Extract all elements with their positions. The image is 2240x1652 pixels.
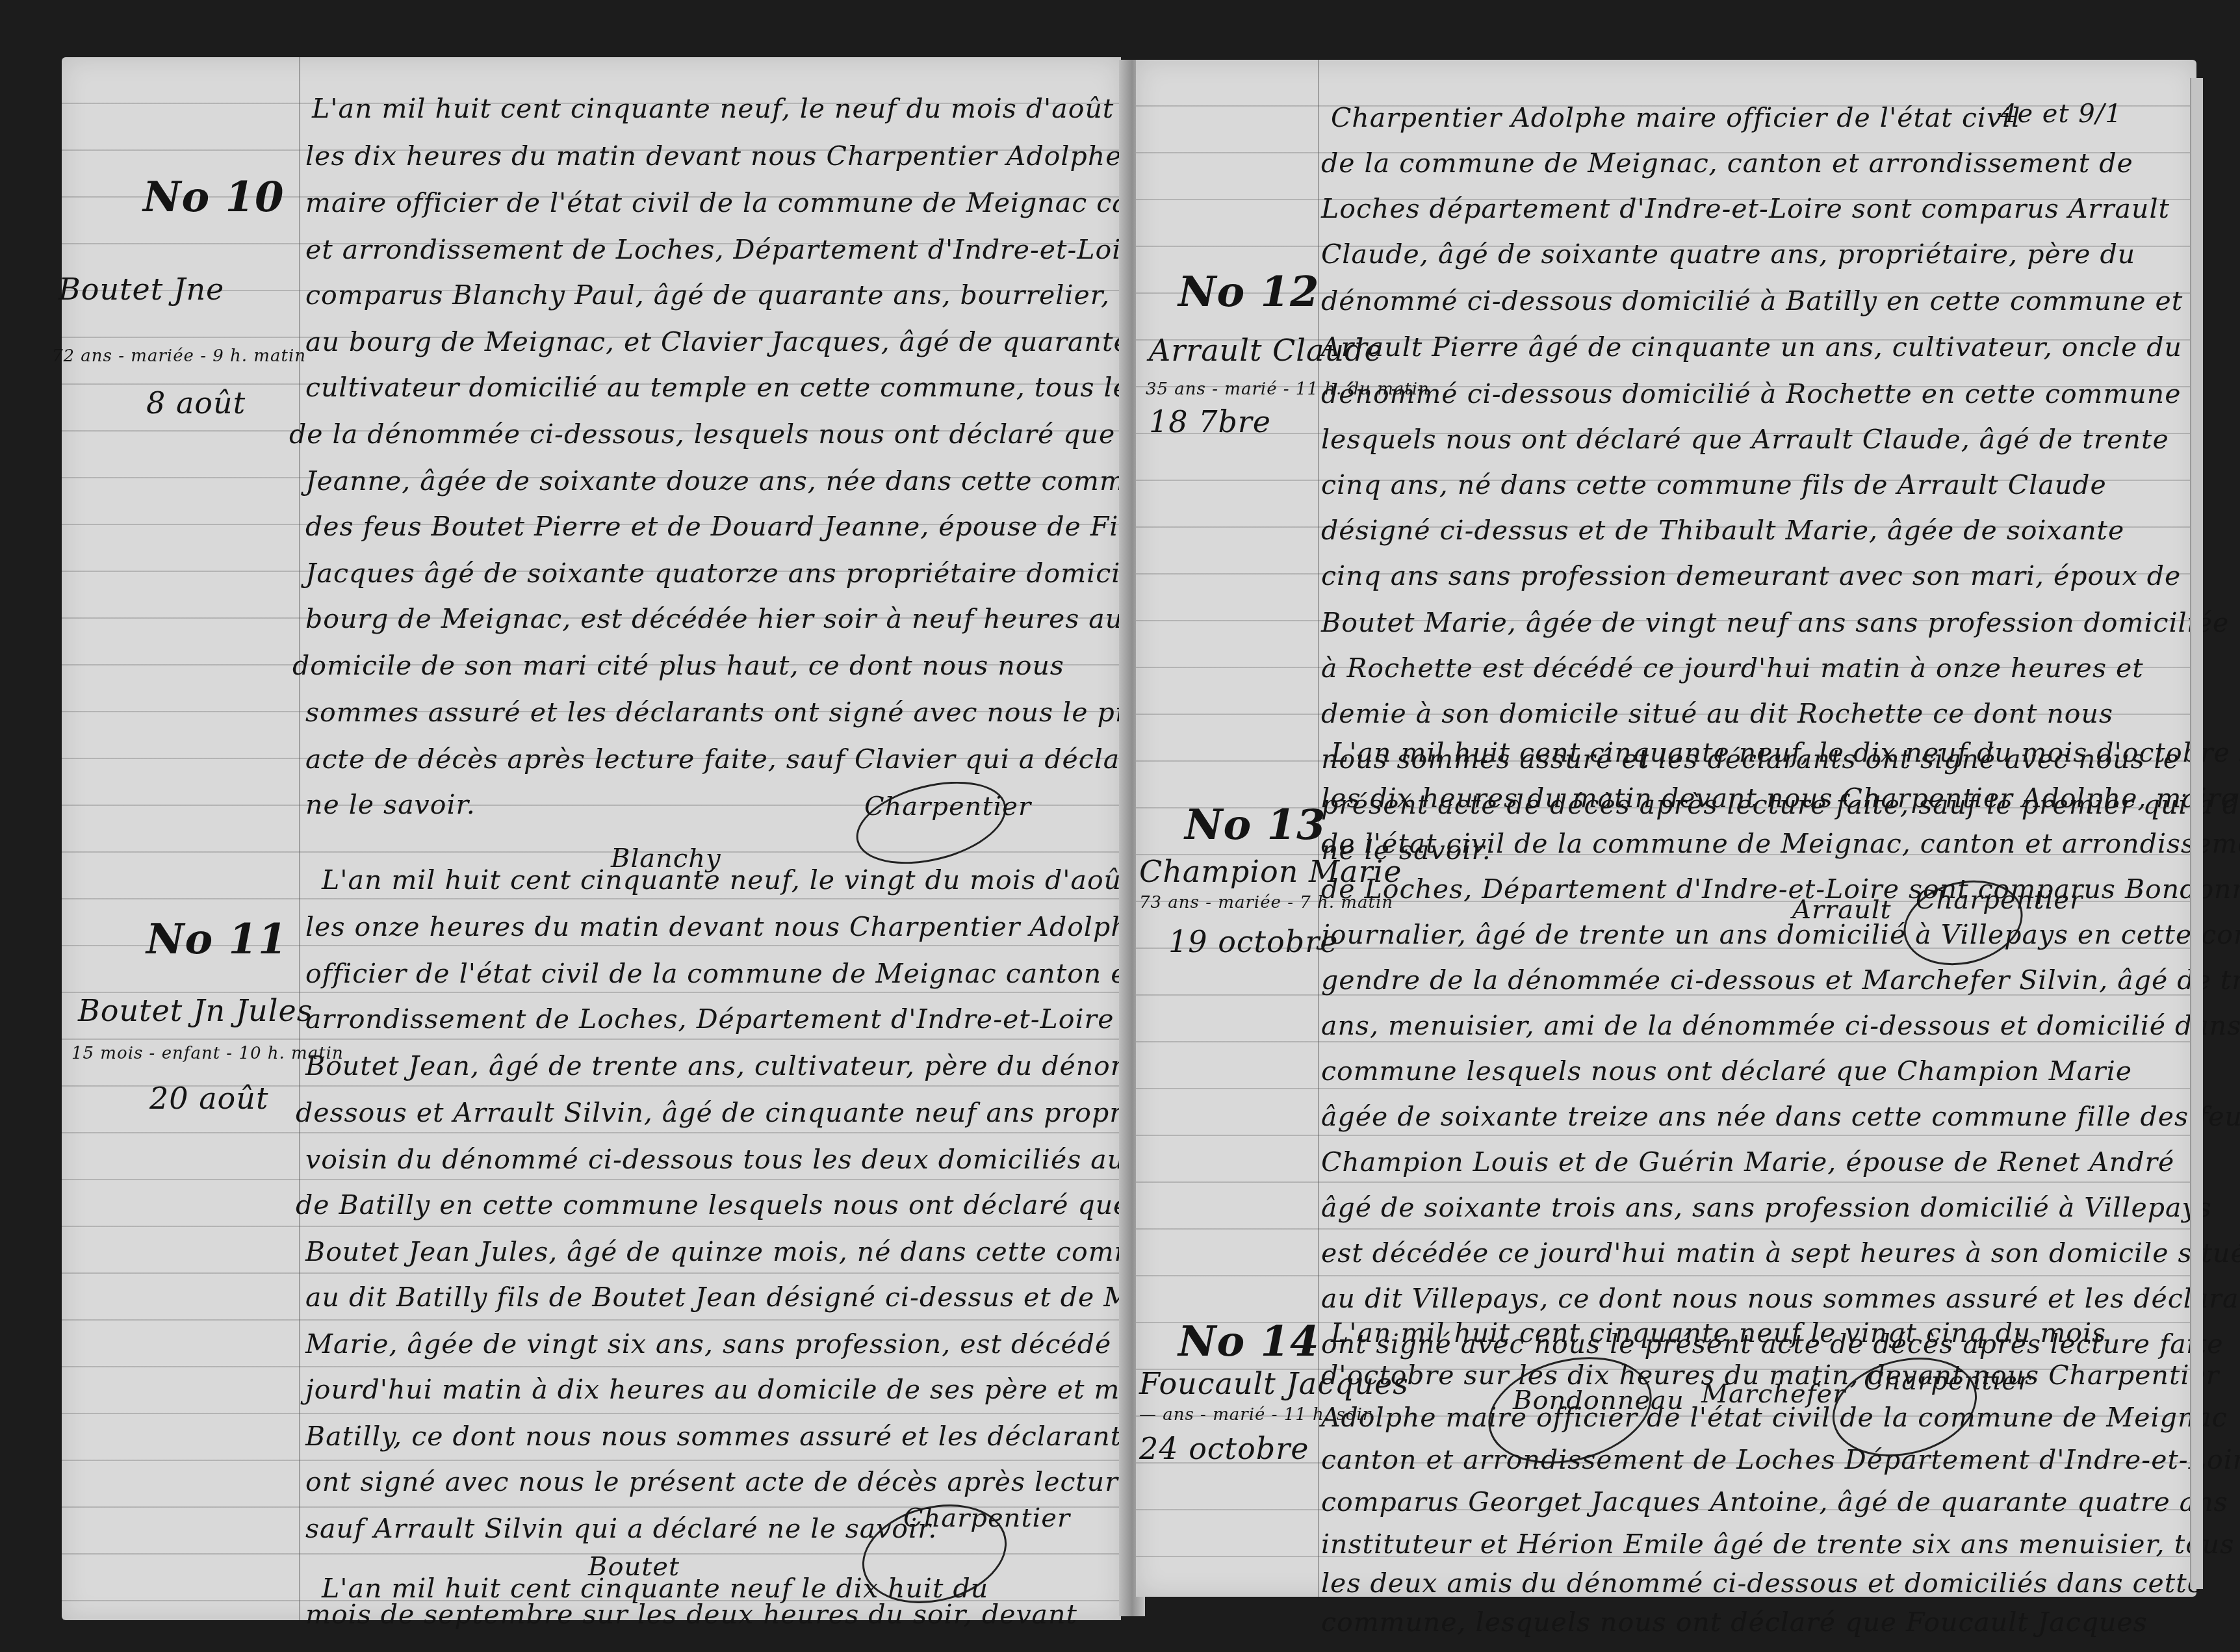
entry-date: 18 7bre <box>1149 404 1271 439</box>
text-line: de Batilly en cette commune lesquels nou… <box>296 1189 1129 1220</box>
text-line: Charpentier Adolphe maire officier de l'… <box>1331 102 2020 133</box>
text-line: ans, menuisier, ami de la dénommée ci-de… <box>1321 1010 2240 1041</box>
text-line: maire officier de l'état civil de la com… <box>305 187 1192 218</box>
text-line: lesquels nous ont déclaré que Arrault Cl… <box>1321 424 2169 455</box>
entry-date: 20 août <box>149 1081 268 1116</box>
text-line: d'octobre sur les dix heures du matin, d… <box>1321 1360 2219 1391</box>
entry-number: No 14 <box>1178 1317 1320 1366</box>
text-line: Boutet Jean Jules, âgé de quinze mois, n… <box>305 1236 1192 1267</box>
text-line: de la dénommée ci-dessous, lesquels nous… <box>289 419 1218 450</box>
text-line: âgée de soixante treize ans née dans cet… <box>1321 1101 2240 1132</box>
text-line: désigné ci-dessus et de Thibault Marie, … <box>1321 515 2124 546</box>
entry-date: 8 août <box>146 385 246 420</box>
entry-number: No 13 <box>1185 801 1326 849</box>
text-line: commune lesquels nous ont déclaré que Ch… <box>1321 1055 2132 1087</box>
text-line: Boutet Marie, âgée de vingt neuf ans san… <box>1321 607 2229 638</box>
text-line: les dix heures du matin devant nous Char… <box>305 140 1122 172</box>
text-line: cinq ans sans profession demeurant avec … <box>1321 560 2181 591</box>
text-line: les deux amis du dénommé ci-dessous et d… <box>1321 1568 2204 1599</box>
text-line: Loches département d'Indre-et-Loire sont… <box>1321 193 2170 224</box>
text-line: de l'état civil de la commune de Meignac… <box>1321 828 2240 859</box>
text-line: L'an mil huit cent cinquante neuf, le di… <box>1331 737 2240 768</box>
text-line: officier de l'état civil de la commune d… <box>305 958 1139 989</box>
text-line: cinq ans, né dans cette commune fils de … <box>1321 469 2107 500</box>
text-line: sommes assuré et les déclarants ont sign… <box>305 697 1205 728</box>
text-line: Adolphe maire officier de l'état civil d… <box>1321 1402 2228 1433</box>
text-line: canton et arrondissement de Loches Dépar… <box>1321 1444 2240 1475</box>
entry-name: Boutet Jn Jules <box>78 993 313 1028</box>
text-line: dénommé ci-dessous domicilié à Rochette … <box>1321 378 2181 409</box>
text-line: les onze heures du matin devant nous Cha… <box>305 911 1244 942</box>
text-line: sauf Arrault Silvin qui a déclaré ne le … <box>305 1513 937 1544</box>
text-line: domicile de son mari cité plus haut, ce … <box>292 650 1064 681</box>
signature-flourish <box>847 768 1014 878</box>
entry-info: 15 mois - enfant - 10 h. matin <box>71 1044 344 1063</box>
text-line: voisin du dénommé ci-dessous tous les de… <box>305 1144 1245 1175</box>
text-line: comparus Blanchy Paul, âgé de quarante a… <box>305 279 1248 311</box>
text-line: à Rochette est décédé ce jourd'hui matin… <box>1321 652 2144 684</box>
text-line: L'an mil huit cent cinquante neuf, le vi… <box>322 864 1188 896</box>
text-line: dessous et Arrault Silvin, âgé de cinqua… <box>296 1097 1215 1128</box>
entry-number: No 12 <box>1178 268 1320 316</box>
text-line: de la commune de Meignac, canton et arro… <box>1321 148 2133 179</box>
text-line: Boutet Jean, âgé de trente ans, cultivat… <box>305 1050 1222 1081</box>
entry-info: 72 ans - mariée - 9 h. matin <box>52 346 306 366</box>
text-line: acte de décès après lecture faite, sauf … <box>305 743 1150 775</box>
text-line: L'an mil huit cent cinquante neuf le vin… <box>1331 1317 2106 1349</box>
text-line: au dit Villepays, ce dont nous nous somm… <box>1321 1283 2240 1314</box>
signature-charpentier: Charpentier <box>864 792 1031 821</box>
text-line: L'an mil huit cent cinquante neuf, le ne… <box>312 93 1168 124</box>
text-line: ne le savoir. <box>305 789 476 820</box>
entry-date: 24 octobre <box>1139 1431 1309 1466</box>
entry-number: No 10 <box>143 173 285 222</box>
text-line: âgé de soixante trois ans, sans professi… <box>1321 1192 2212 1223</box>
text-line: Jacques âgé de soixante quatorze ans pro… <box>305 558 1199 589</box>
text-line: de Loches, Département d'Indre-et-Loire … <box>1321 873 2240 905</box>
text-line: Batilly, ce dont nous nous sommes assuré… <box>305 1421 1136 1452</box>
text-line: journalier, âgé de trente un ans domicil… <box>1321 919 2240 950</box>
entry-name: Boutet Jne <box>58 272 224 307</box>
text-line: Marie, âgée de vingt six ans, sans profe… <box>305 1328 1153 1360</box>
text-line: Jeanne, âgée de soixante douze ans, née … <box>305 465 1241 497</box>
left-page: No 10 Boutet Jne 72 ans - mariée - 9 h. … <box>62 57 1121 1620</box>
text-line: dénommé ci-dessous domicilié à Batilly e… <box>1321 285 2183 316</box>
text-line: ont signé avec nous le présent acte de d… <box>305 1466 1217 1497</box>
text-line: est décédée ce jourd'hui matin à sept he… <box>1321 1237 2240 1269</box>
text-line: Champion Louis et de Guérin Marie, épous… <box>1321 1146 2174 1178</box>
text-line: jourd'hui matin à dix heures au domicile… <box>305 1374 1192 1405</box>
text-line: des feus Boutet Pierre et de Douard Jean… <box>305 511 1172 542</box>
text-line: instituteur et Hérion Emile âgé de trent… <box>1321 1529 2234 1560</box>
margin-rule <box>299 57 300 1620</box>
text-line: gendre de la dénommée ci-dessous et Marc… <box>1321 964 2240 996</box>
right-page: 4e et 9/1 No 12 Arrault Claude 35 ans - … <box>1136 60 2196 1597</box>
page-edge <box>2190 78 2203 1589</box>
text-line: mois de septembre sur les deux heures du… <box>305 1599 1077 1630</box>
text-line: Claude, âgé de soixante quatre ans, prop… <box>1321 239 2135 270</box>
text-line: comparus Georget Jacques Antoine, âgé de… <box>1321 1486 2228 1517</box>
text-line: Arrault Pierre âgé de cinquante un ans, … <box>1321 331 2182 363</box>
text-line: bourg de Meignac, est décédée hier soir … <box>305 603 1123 634</box>
text-line: les dix heures du matin devant nous Char… <box>1321 782 2240 814</box>
signature-charpentier: Charpentier <box>903 1503 1070 1533</box>
text-line: au dit Batilly fils de Boutet Jean désig… <box>305 1282 1213 1313</box>
text-line: et arrondissement de Loches, Département… <box>305 234 1229 265</box>
text-line: demie à son domicile situé au dit Rochet… <box>1321 698 2113 729</box>
entry-number: No 11 <box>146 915 288 964</box>
text-line: commune, lesquels nous ont déclaré que F… <box>1321 1607 2148 1638</box>
text-line: au bourg de Meignac, et Clavier Jacques,… <box>305 326 1257 357</box>
entry-date: 19 octobre <box>1168 924 1338 959</box>
